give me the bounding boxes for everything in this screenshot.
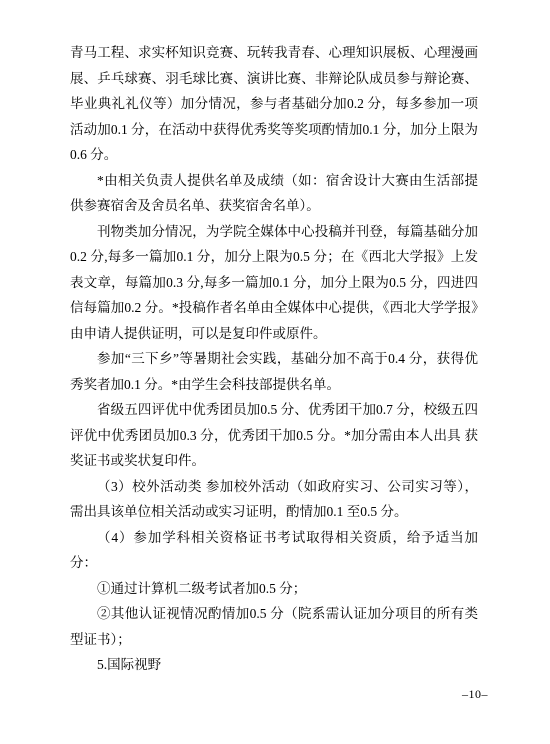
paragraph-certificates-intro: （4）参加学科相关资格证书考试取得相关资质，给予适当加分： (70, 525, 478, 576)
paragraph-continuation: 青马工程、求实杯知识竞赛、玩转我青春、心理知识展板、心理漫画展、乒乓球赛、羽毛球… (70, 40, 478, 168)
document-page: 青马工程、求实杯知识竞赛、玩转我青春、心理知识展板、心理漫画展、乒乓球赛、羽毛球… (0, 0, 550, 744)
paragraph-may-fourth-awards: 省级五四评优中优秀团员加0.5 分、优秀团干加0.7 分，校级五四评优中优秀团员… (70, 397, 478, 474)
paragraph-summer-practice: 参加“三下乡”等暑期社会实践，基础分加不高于0.4 分，获得优秀奖者加0.1 分… (70, 346, 478, 397)
paragraph-off-campus-activities: （3）校外活动类 参加校外活动（如政府实习、公司实习等），需出具该单位相关活动或… (70, 474, 478, 525)
page-number: –10– (462, 686, 488, 702)
paragraph-note-names-scores: *由相关负责人提供名单及成绩（如：宿舍设计大赛由生活部提供参赛宿舍及舍员名单、获… (70, 168, 478, 219)
paragraph-other-certifications: ②其他认证视情况酌情加0.5 分（院系需认证加分项目的所有类型证书）； (70, 601, 478, 652)
paragraph-computer-exam: ①通过计算机二级考试者加0.5 分； (70, 576, 478, 602)
paragraph-section-international-vision: 5.国际视野 (70, 652, 478, 678)
paragraph-publications: 刊物类加分情况，为学院全媒体中心投稿并刊登，每篇基础分加0.2 分,每多一篇加0… (70, 219, 478, 347)
document-body: 青马工程、求实杯知识竞赛、玩转我青春、心理知识展板、心理漫画展、乒乓球赛、羽毛球… (70, 40, 478, 678)
